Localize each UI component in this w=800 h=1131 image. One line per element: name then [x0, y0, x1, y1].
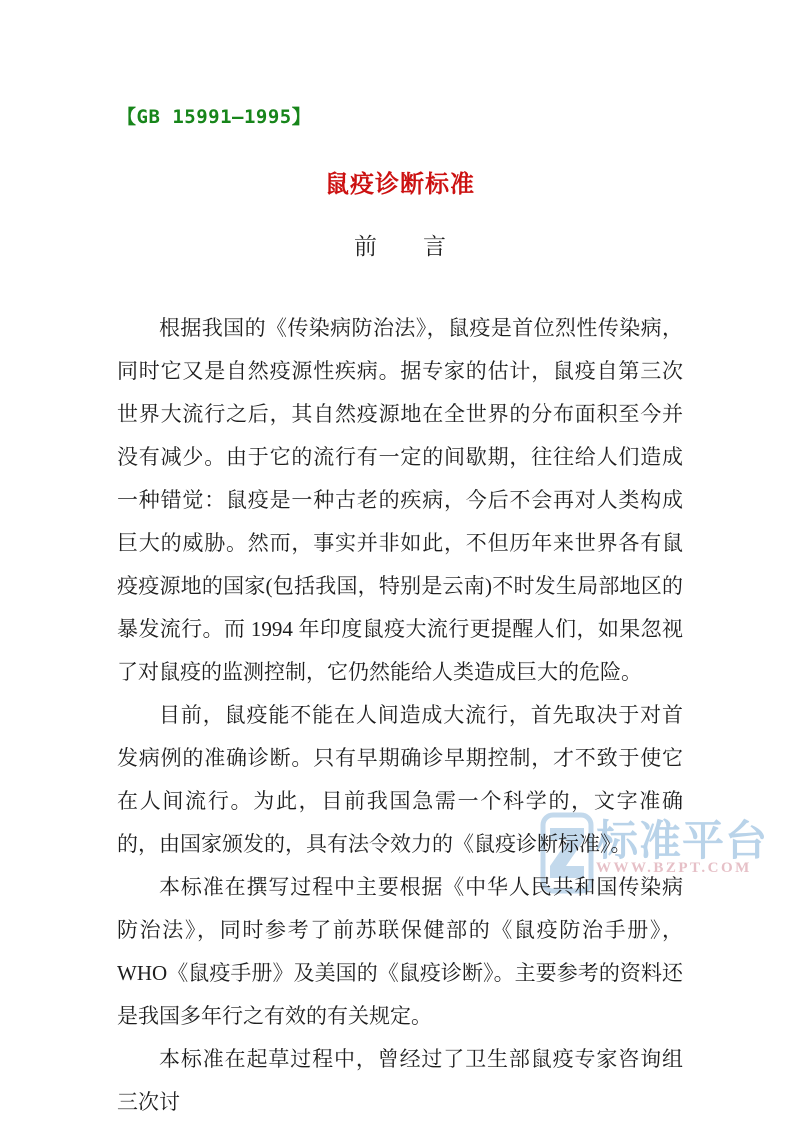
document-body: 根据我国的《传染病防治法》，鼠疫是首位烈性传染病，同时它又是自然疫源性疾病。据专… — [117, 307, 683, 1124]
body-paragraph: 根据我国的《传染病防治法》，鼠疫是首位烈性传染病，同时它又是自然疫源性疾病。据专… — [117, 307, 683, 694]
body-paragraph: 目前，鼠疫能不能在人间造成大流行，首先取决于对首发病例的准确诊断。只有早期确诊早… — [117, 694, 683, 866]
document-page: 【GB 15991—1995】 鼠疫诊断标准 前 言 标准平台 WWW.BZPT… — [0, 0, 800, 1131]
standard-code: 【GB 15991—1995】 — [117, 102, 311, 129]
document-title: 鼠疫诊断标准 — [0, 164, 800, 199]
foreword-heading: 前 言 — [0, 228, 800, 261]
body-paragraph: 本标准在撰写过程中主要根据《中华人民共和国传染病防治法》，同时参考了前苏联保健部… — [117, 866, 683, 1038]
body-paragraph: 本标准在起草过程中，曾经过了卫生部鼠疫专家咨询组三次讨 — [117, 1038, 683, 1124]
